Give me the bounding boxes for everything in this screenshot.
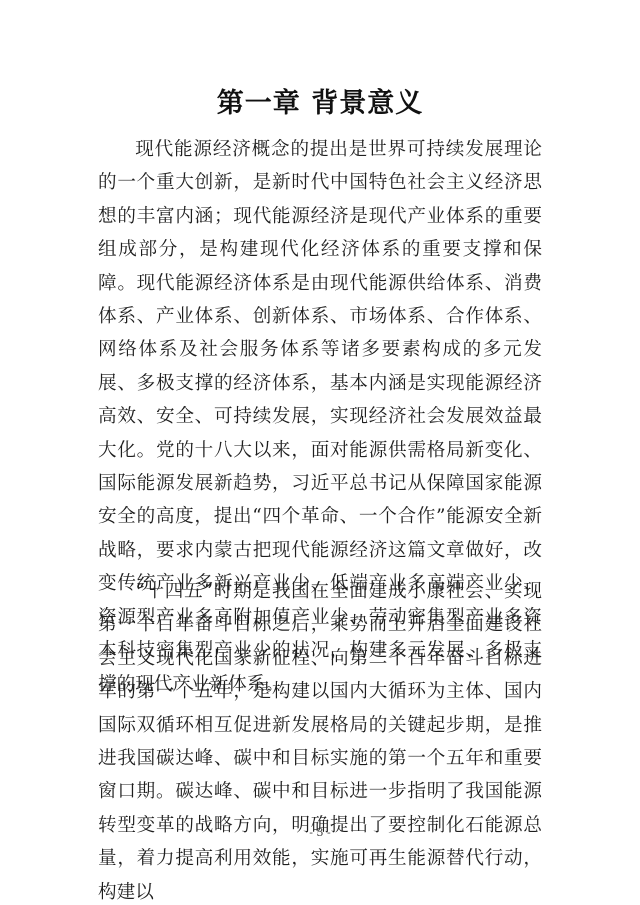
body-text-block-2: “十四五”时期是我国在全面建成小康社会、实现第一个百年奋斗目标之后，乘势而上开启… — [98, 575, 542, 905]
document-page: 第一章 背景意义 现代能源经济概念的提出是世界可持续发展理论的一个重大创新，是新… — [0, 0, 640, 905]
page-number: - 3 - — [0, 826, 640, 840]
paragraph: “十四五”时期是我国在全面建成小康社会、实现第一个百年奋斗目标之后，乘势而上开启… — [98, 575, 542, 905]
chapter-title: 第一章 背景意义 — [0, 86, 640, 122]
